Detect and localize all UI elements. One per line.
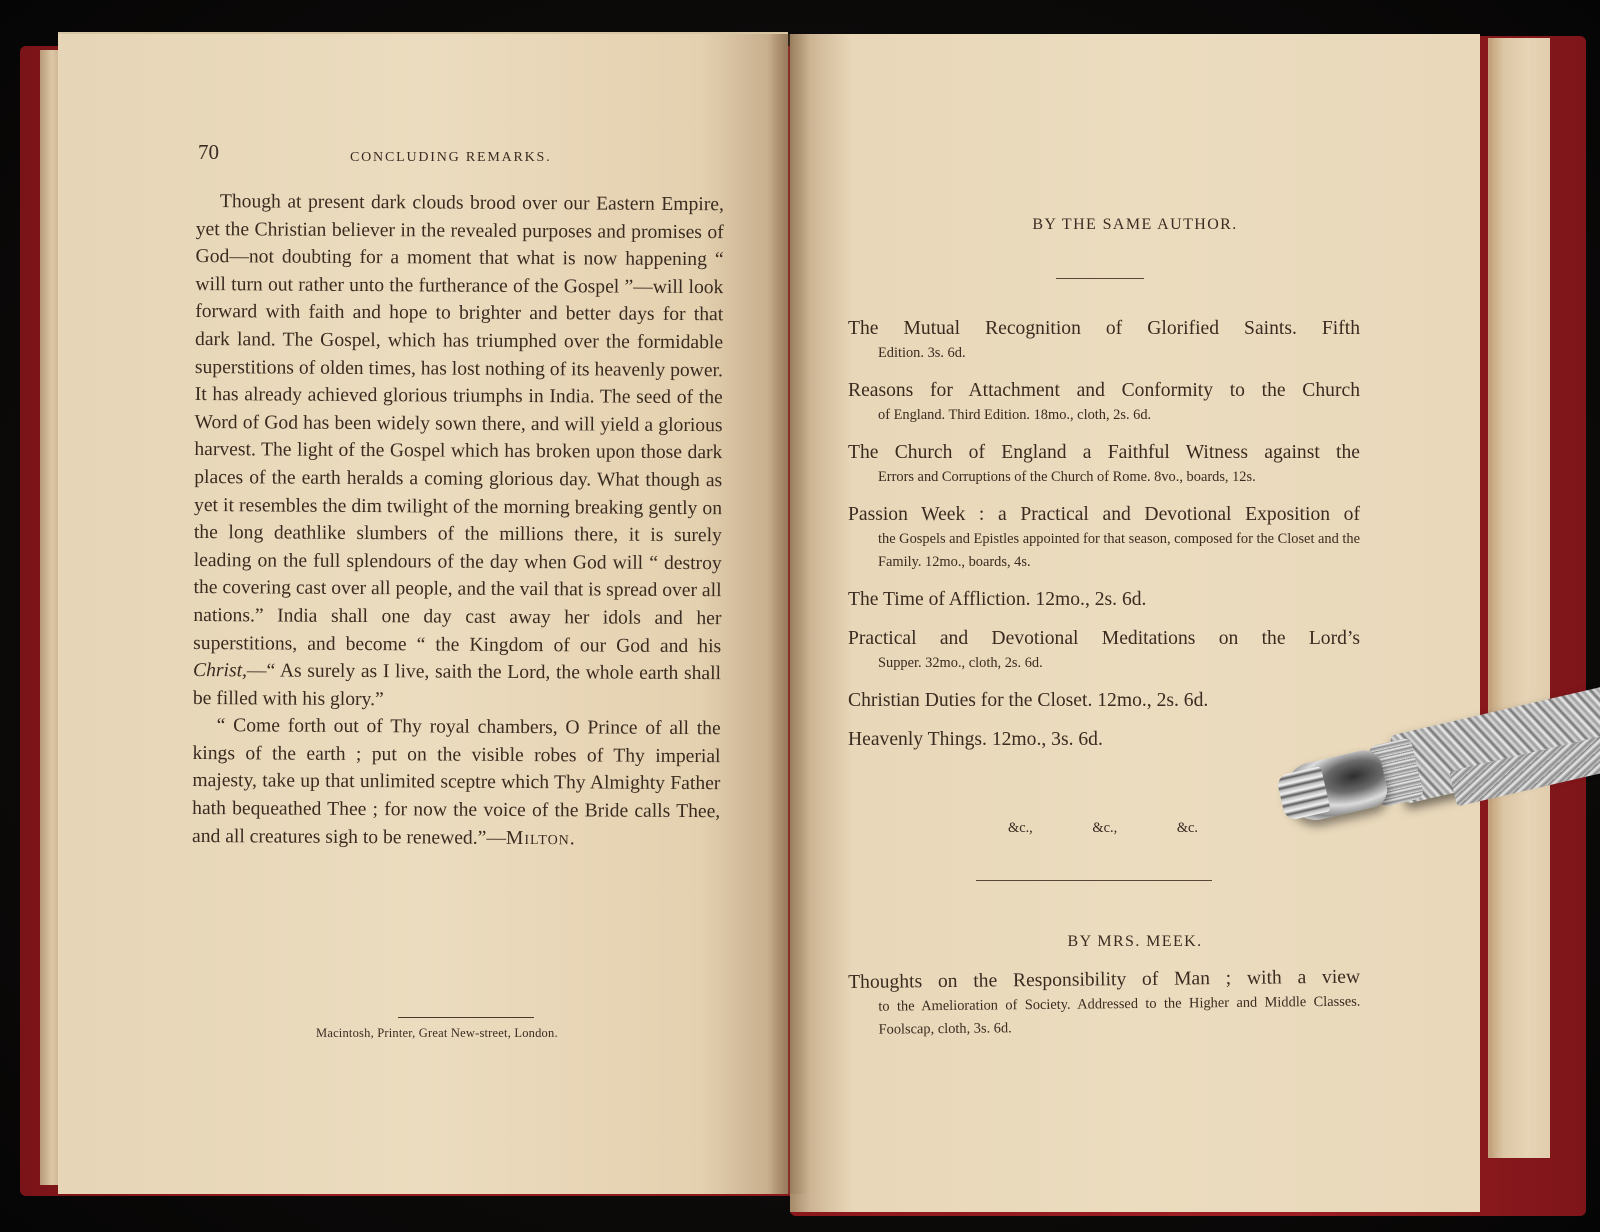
paragraph: Though at present dark clouds brood over… [193,188,724,715]
meek-book-list: Thoughts on the Responsibility of Man ; … [848,965,1361,1055]
heading-mrs-meek: BY MRS. MEEK. [790,933,1480,951]
book-title: The Mutual Recognition of Glorified Sain… [848,316,1360,342]
italic-word: Christ, [193,660,247,681]
heading-same-author: BY THE SAME AUTHOR. [790,216,1480,234]
book-title: Passion Week : a Practical and Devotiona… [848,502,1360,528]
book-list: The Mutual Recognition of Glorified Sain… [848,316,1360,766]
book-detail: the Gospels and Epistles appointed for t… [848,528,1360,574]
body-text: Though at present dark clouds brood over… [192,188,724,853]
book-title: The Church of England a Faithful Witness… [848,440,1360,466]
book-entry: Christian Duties for the Closet. 12mo., … [848,688,1360,714]
book-detail: Errors and Corruptions of the Church of … [848,466,1360,489]
book-detail: Edition. 3s. 6d. [848,342,1360,365]
flyleaf-right [1488,38,1550,1158]
book-entry: Thoughts on the Responsibility of Man ; … [848,965,1361,1042]
book-title: Practical and Devotional Meditations on … [848,626,1360,652]
divider-rule [398,1017,534,1018]
book-title: The Time of Affliction. 12mo., 2s. 6d. [848,587,1360,613]
book-entry: The Church of England a Faithful Witness… [848,440,1360,489]
running-head: 70 CONCLUDING REMARKS. [198,140,738,170]
printer-imprint: Macintosh, Printer, Great New-street, Lo… [316,1026,558,1041]
attribution: Milton. [506,828,576,849]
book-detail: Supper. 32mo., cloth, 2s. 6d. [848,652,1360,675]
book-gutter [770,34,810,1194]
book-entry: Reasons for Attachment and Conformity to… [848,378,1360,427]
etcetera-row: &c., &c., &c. [1008,820,1198,837]
book-detail: to the Amelioration of Society. Addresse… [848,991,1360,1042]
book-title: Christian Duties for the Closet. 12mo., … [848,688,1360,714]
divider-rule [976,880,1212,881]
book-detail: of England. Third Edition. 18mo., cloth,… [848,404,1360,427]
running-title: CONCLUDING REMARKS. [350,150,551,166]
book-title: Reasons for Attachment and Conformity to… [848,378,1360,404]
page-number: 70 [198,140,219,165]
book-entry: Passion Week : a Practical and Devotiona… [848,502,1360,574]
book-entry: The Time of Affliction. 12mo., 2s. 6d. [848,587,1360,613]
paragraph: “ Come forth out of Thy royal chambers, … [192,712,721,853]
book-entry: Practical and Devotional Meditations on … [848,626,1360,675]
book-photo-scene: 70 CONCLUDING REMARKS. Though at present… [0,0,1600,1232]
book-entry: The Mutual Recognition of Glorified Sain… [848,316,1360,365]
divider-rule [1056,278,1144,279]
